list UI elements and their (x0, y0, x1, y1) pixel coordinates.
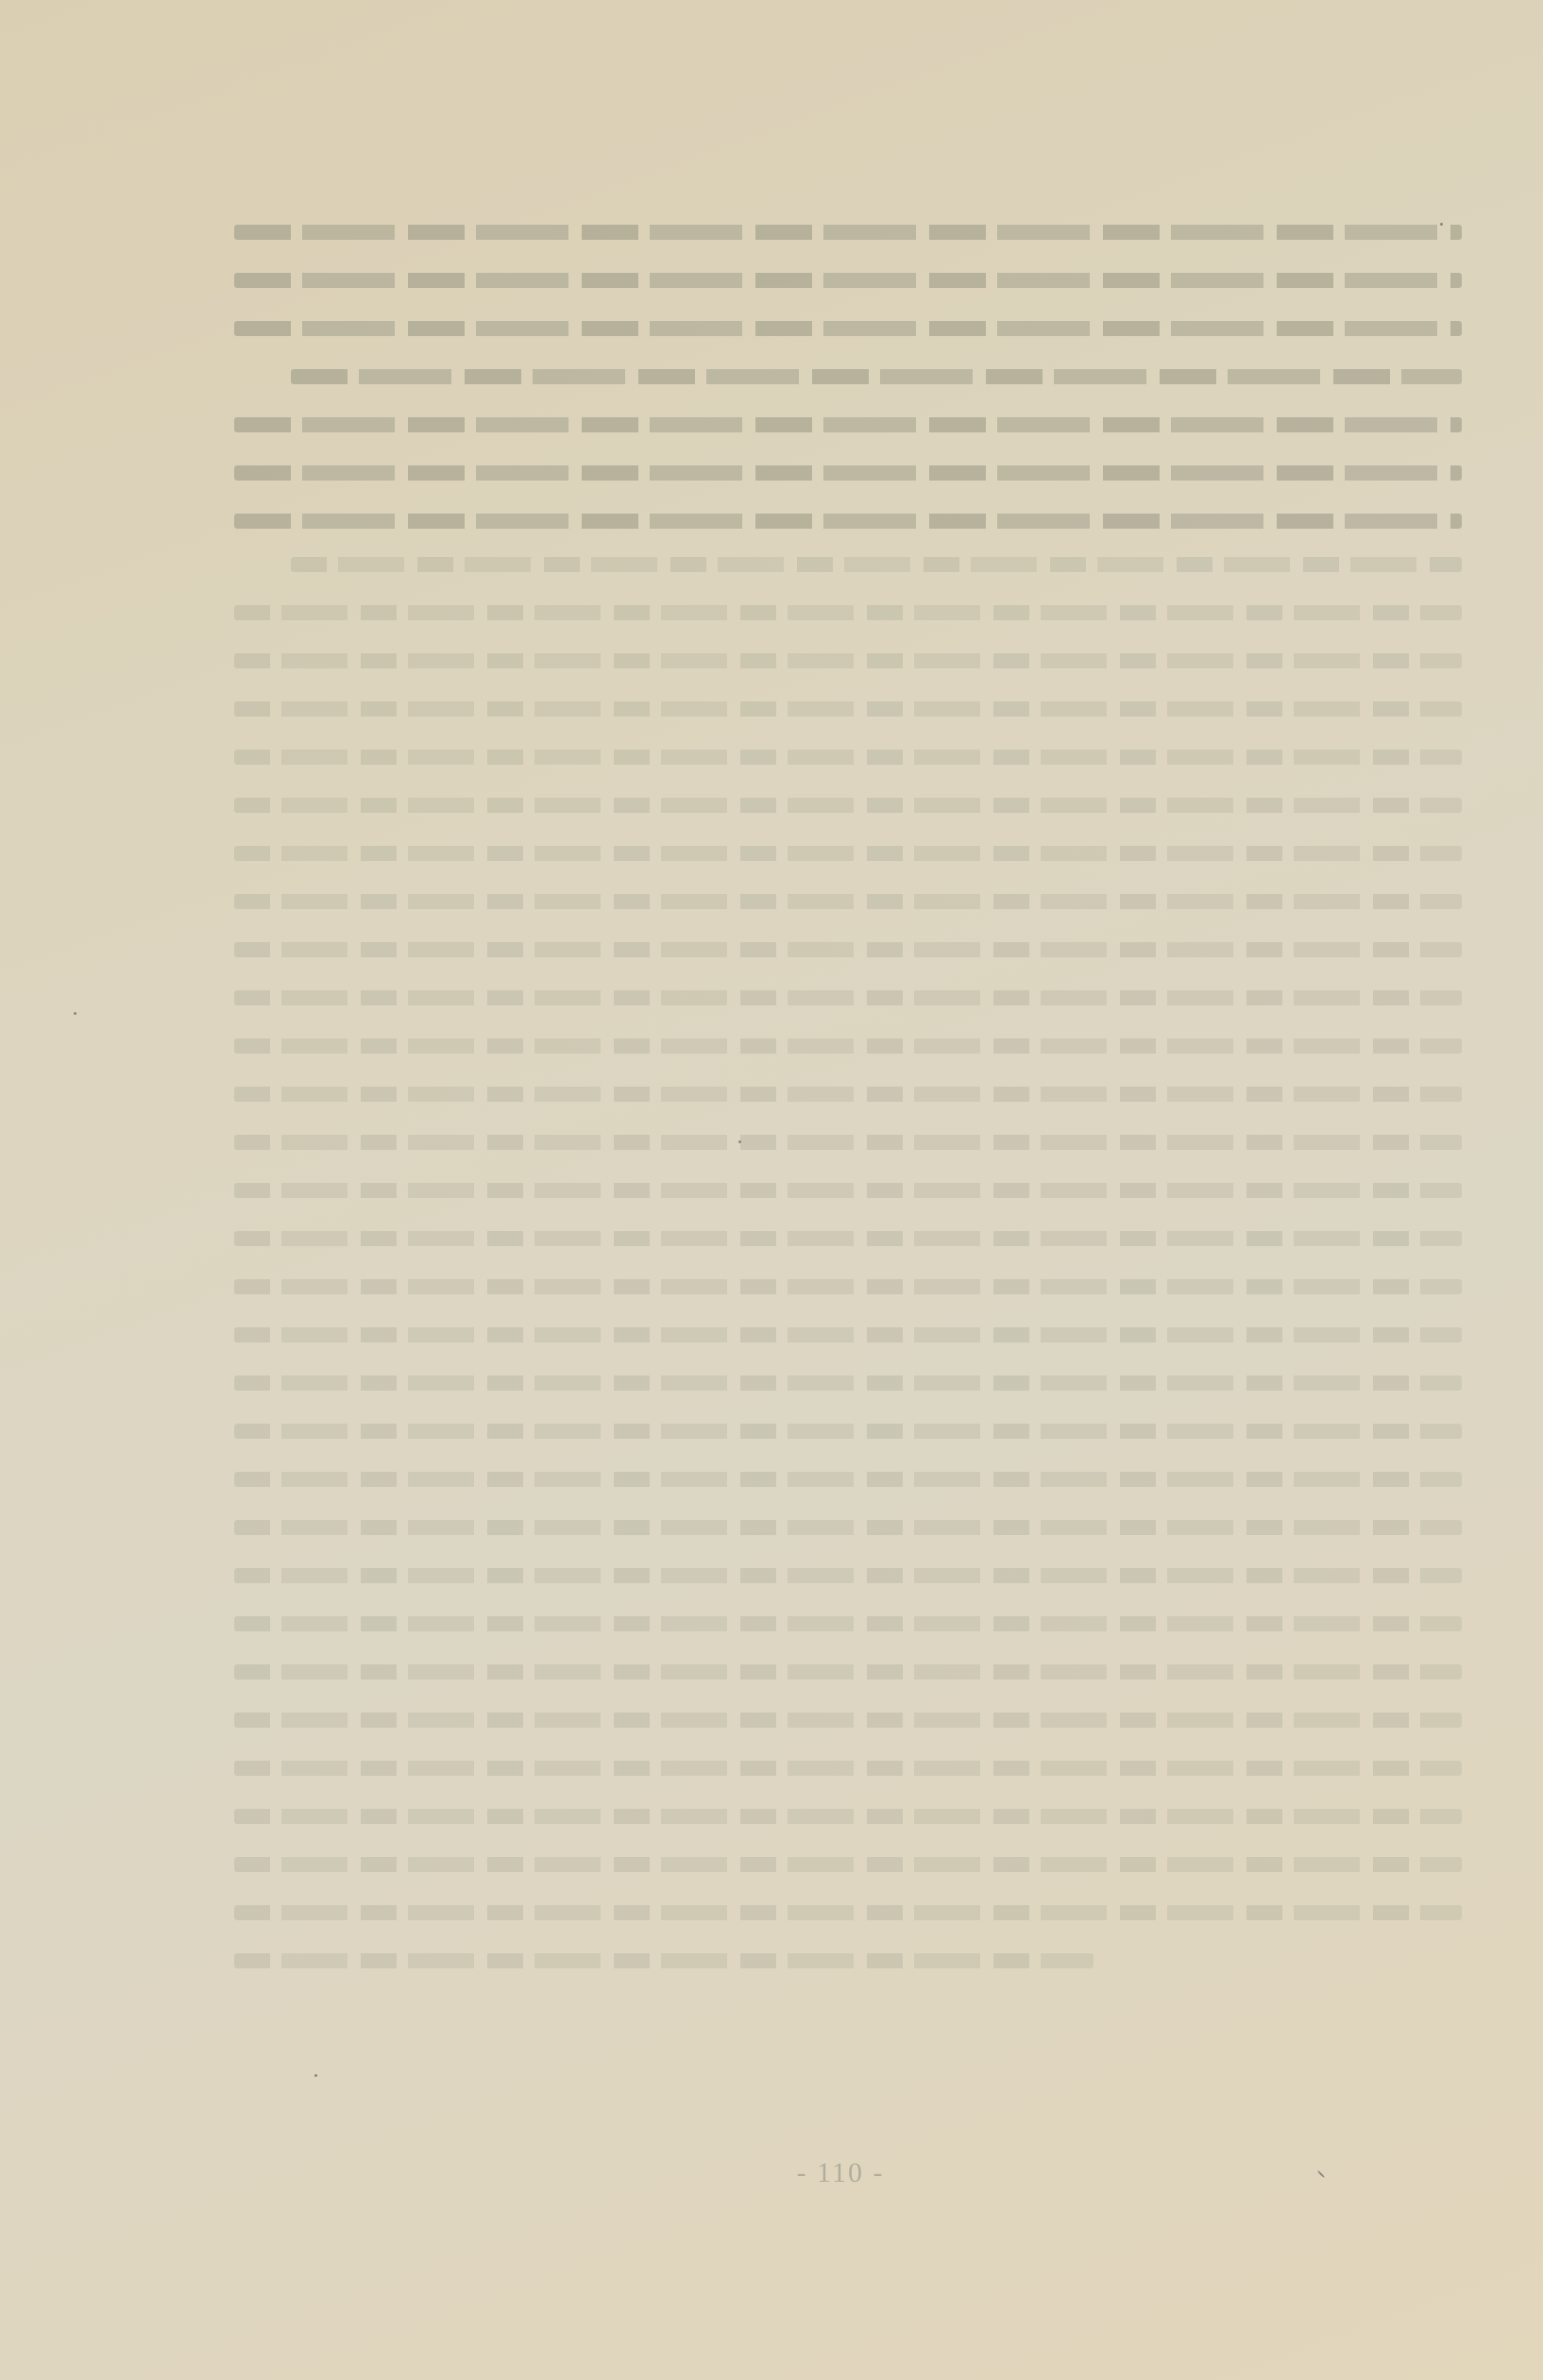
text-line (234, 321, 1462, 336)
text-line (234, 701, 1462, 717)
text-line (234, 1905, 1462, 1920)
text-line (234, 1183, 1462, 1198)
text-line (234, 1279, 1462, 1294)
text-line (234, 1376, 1462, 1391)
scan-speck (1440, 223, 1443, 226)
text-line (234, 1568, 1462, 1583)
text-line (234, 894, 1462, 909)
text-line (234, 1520, 1462, 1535)
paragraph-1-faded (234, 225, 1462, 562)
text-line (234, 1472, 1462, 1487)
text-line (234, 1953, 1094, 1968)
text-line (234, 417, 1462, 432)
text-line (291, 557, 1462, 572)
text-line (234, 1231, 1462, 1246)
text-line (234, 1664, 1462, 1680)
text-line (234, 942, 1462, 957)
text-line (234, 990, 1462, 1005)
text-line (234, 1087, 1462, 1102)
page-number: - 110 - (755, 2157, 925, 2189)
text-line (234, 225, 1462, 240)
text-line (234, 653, 1462, 668)
text-line (234, 1424, 1462, 1439)
text-line (234, 1857, 1462, 1872)
text-line (234, 1713, 1462, 1728)
text-line (234, 1327, 1462, 1342)
text-line (291, 369, 1462, 384)
scan-speck (738, 1140, 741, 1143)
text-line (234, 1135, 1462, 1150)
scan-speck (314, 2074, 317, 2077)
scanned-page: - 110 - (0, 0, 1543, 2380)
text-line (234, 846, 1462, 861)
text-line (234, 605, 1462, 620)
text-line (234, 1809, 1462, 1824)
text-line (234, 750, 1462, 765)
text-line (234, 514, 1462, 529)
scan-speck (1317, 2170, 1325, 2178)
text-line (234, 1038, 1462, 1054)
paragraph-2-faded (234, 557, 1462, 2001)
scan-speck (74, 1012, 76, 1015)
text-line (234, 465, 1462, 481)
text-line (234, 798, 1462, 813)
text-line (234, 1616, 1462, 1631)
text-line (234, 273, 1462, 288)
text-line (234, 1761, 1462, 1776)
